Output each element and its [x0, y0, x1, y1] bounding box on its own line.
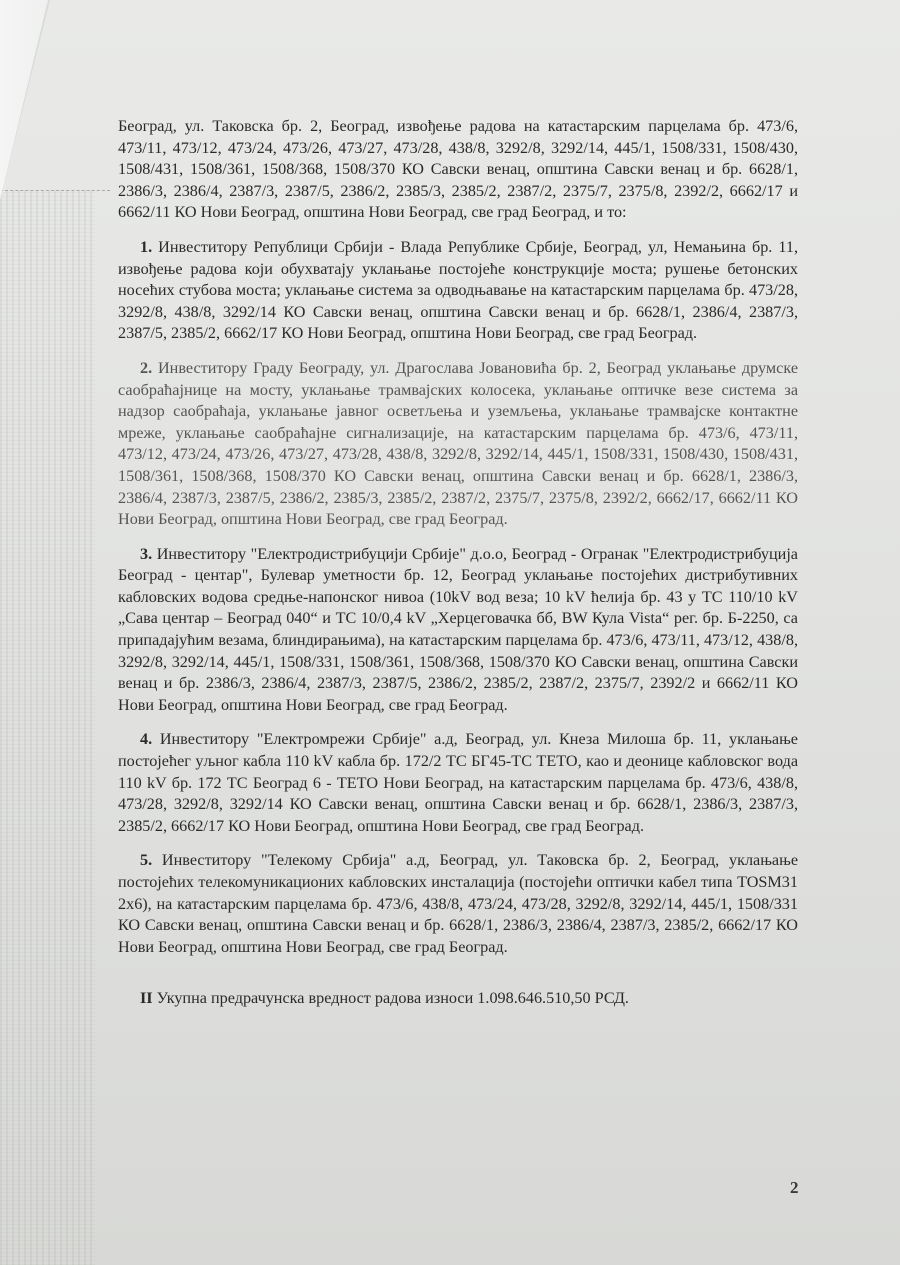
- summary-paragraph: II Укупна предрачунска вредност радова и…: [118, 988, 798, 1010]
- intro-paragraph: Београд, ул. Таковска бр. 2, Београд, из…: [118, 116, 798, 224]
- item-text: Инвеститору "Електромрежи Србије" а.д, Б…: [118, 730, 798, 834]
- list-item-5: 5. Инвеститору "Телекому Србија" а.д, Бе…: [118, 850, 798, 958]
- item-number: 2.: [140, 359, 152, 377]
- list-item-3: 3. Инвеститору "Електродистрибуцији Срби…: [118, 544, 798, 717]
- document-body: Београд, ул. Таковска бр. 2, Београд, из…: [118, 116, 798, 1026]
- scan-edge-artifact: [0, 190, 95, 1265]
- summary-text: Укупна предрачунска вредност радова изно…: [157, 989, 629, 1007]
- item-text: Инвеститору Граду Београду, ул. Драгосла…: [118, 359, 798, 528]
- item-number: 5.: [140, 851, 152, 869]
- document-page: Београд, ул. Таковска бр. 2, Београд, из…: [0, 0, 900, 1265]
- section-numeral: II: [140, 989, 153, 1007]
- item-number: 1.: [140, 238, 152, 256]
- list-item-2: 2. Инвеститору Граду Београду, ул. Драго…: [118, 358, 798, 531]
- page-number: 2: [790, 1178, 799, 1198]
- item-number: 3.: [140, 545, 152, 563]
- list-item-1: 1. Инвеститору Републици Србији - Влада …: [118, 237, 798, 345]
- item-text: Инвеститору "Електродистрибуцији Србије"…: [118, 545, 798, 714]
- item-number: 4.: [140, 730, 152, 748]
- fold-line: [0, 190, 110, 191]
- item-text: Инвеститору "Телекому Србија" а.д, Беогр…: [118, 851, 798, 955]
- item-text: Инвеститору Републици Србији - Влада Реп…: [118, 238, 798, 342]
- list-item-4: 4. Инвеститору "Електромрежи Србије" а.д…: [118, 729, 798, 837]
